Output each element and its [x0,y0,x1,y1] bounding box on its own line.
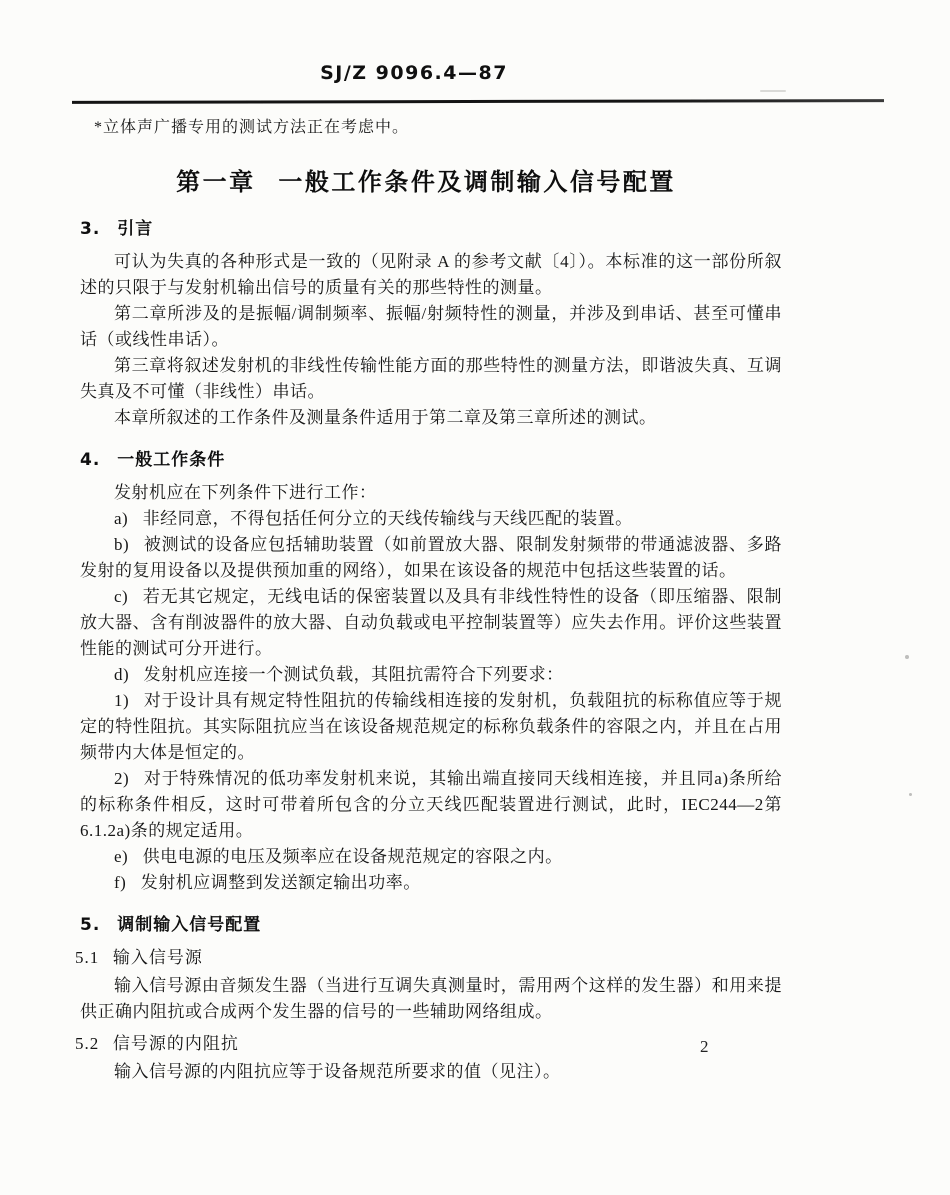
list-marker: b) [114,535,129,554]
list-item: 1)对于设计具有规定特性阻抗的传输线相连接的发射机，负载阻抗的标称值应等于规定的… [80,688,782,766]
subsection-heading: 5.2信号源的内阻抗 [75,1031,782,1057]
paragraph-text: 对于设计具有规定特性阻抗的传输线相连接的发射机，负载阻抗的标称值应等于规定的特性… [80,691,782,762]
chapter-name: 一般工作条件及调制输入信号配置 [278,168,676,196]
paragraph: 第三章将叙述发射机的非线性传输性能方面的那些特性的测量方法，即谐波失真、互调失真… [80,353,782,405]
list-item: a)非经同意，不得包括任何分立的天线传输线与天线匹配的装置。 [80,506,782,532]
chapter-title: 第一章一般工作条件及调制输入信号配置 [0,162,852,197]
scan-speck [909,793,912,796]
page-content: 3.引言 可认为失真的各种形式是一致的（见附录 A 的参考文献〔4〕）。本标准的… [80,216,782,1085]
section-general-conditions: 4.一般工作条件 发射机应在下列条件下进行工作： a)非经同意，不得包括任何分立… [80,447,782,896]
list-item: e)供电电源的电压及频率应在设备规范规定的容限之内。 [80,844,782,870]
paragraph-text: 对于特殊情况的低功率发射机来说，其输出端直接同天线相连接，并且同a)条所给的标称… [80,769,782,840]
section-modulation-input: 5.调制输入信号配置 5.1输入信号源 输入信号源由音频发生器（当进行互调失真测… [80,912,782,1085]
section-introduction: 3.引言 可认为失真的各种形式是一致的（见附录 A 的参考文献〔4〕）。本标准的… [80,216,782,431]
list-marker: e) [114,847,128,866]
paragraph-text: 被测试的设备应包括辅助装置（如前置放大器、限制发射频带的带通滤波器、多路发射的复… [80,535,782,580]
paragraph: 发射机应在下列条件下进行工作： [80,480,782,506]
list-item: d)发射机应连接一个测试负载，其阻抗需符合下列要求： [80,662,782,688]
subsection-title: 输入信号源 [113,948,203,967]
section-number: 4. [80,450,100,470]
paragraph-text: 本章所叙述的工作条件及测量条件适用于第二章及第三章所述的测试。 [114,408,657,427]
section-heading: 4.一般工作条件 [80,447,782,473]
list-marker: a) [114,509,128,528]
paragraph: 第二章所涉及的是振幅/调制频率、振幅/射频特性的测量，并涉及到串话、甚至可懂串话… [80,301,782,353]
scanned-page: SJ/Z 9096.4—87 *立体声广播专用的测试方法正在考虑中。 第一章一般… [0,0,950,1195]
scan-speck [905,655,909,659]
paragraph-text: 若无其它规定，无线电话的保密装置以及具有非线性特性的设备（即压缩器、限制放大器、… [80,587,782,658]
header-rule [72,99,884,104]
list-item: c)若无其它规定，无线电话的保密装置以及具有非线性特性的设备（即压缩器、限制放大… [80,584,782,662]
paragraph: 输入信号源由音频发生器（当进行互调失真测量时，需用两个这样的发生器）和用来提供正… [80,973,782,1025]
paragraph: 本章所叙述的工作条件及测量条件适用于第二章及第三章所述的测试。 [80,405,782,431]
subsection-title: 信号源的内阻抗 [113,1034,239,1053]
list-marker: 1) [114,691,129,710]
paragraph-text: 可认为失真的各种形式是一致的（见附录 A 的参考文献〔4〕）。本标准的这一部份所… [80,252,782,297]
footnote: *立体声广播专用的测试方法正在考虑中。 [94,114,409,137]
section-heading: 5.调制输入信号配置 [80,912,782,938]
page-number: 2 [700,1037,709,1057]
paragraph-text: 第二章所涉及的是振幅/调制频率、振幅/射频特性的测量，并涉及到串话、甚至可懂串话… [80,304,782,349]
scan-speck [760,90,786,92]
paragraph-text: 输入信号源由音频发生器（当进行互调失真测量时，需用两个这样的发生器）和用来提供正… [80,976,782,1021]
section-title: 引言 [117,219,153,239]
paragraph: 输入信号源的内阻抗应等于设备规范所要求的值（见注）。 [80,1059,782,1085]
doc-code: SJ/Z 9096.4—87 [0,62,828,84]
section-heading: 3.引言 [80,216,782,242]
section-title: 一般工作条件 [117,450,225,470]
subsection-number: 5.2 [75,1034,99,1053]
section-number: 5. [80,915,100,935]
section-title: 调制输入信号配置 [117,915,261,935]
paragraph-text: 发射机应调整到发送额定输出功率。 [141,873,421,892]
paragraph-text: 发射机应在下列条件下进行工作： [114,483,377,502]
list-item: 2)对于特殊情况的低功率发射机来说，其输出端直接同天线相连接，并且同a)条所给的… [80,766,782,844]
paragraph-text: 非经同意，不得包括任何分立的天线传输线与天线匹配的装置。 [143,509,633,528]
subsection-number: 5.1 [75,948,99,967]
paragraph: 可认为失真的各种形式是一致的（见附录 A 的参考文献〔4〕）。本标准的这一部份所… [80,249,782,301]
paragraph-text: 供电电源的电压及频率应在设备规范规定的容限之内。 [143,847,563,866]
list-marker: f) [114,873,126,892]
paragraph-text: 第三章将叙述发射机的非线性传输性能方面的那些特性的测量方法，即谐波失真、互调失真… [80,356,782,401]
section-number: 3. [80,219,100,239]
list-item: b)被测试的设备应包括辅助装置（如前置放大器、限制发射频带的带通滤波器、多路发射… [80,532,782,584]
list-marker: d) [114,665,129,684]
paragraph-text: 发射机应连接一个测试负载，其阻抗需符合下列要求： [144,665,564,684]
list-item: f)发射机应调整到发送额定输出功率。 [80,870,782,896]
subsection-heading: 5.1输入信号源 [75,945,782,971]
list-marker: 2) [114,769,129,788]
paragraph-text: 输入信号源的内阻抗应等于设备规范所要求的值（见注）。 [114,1062,561,1081]
list-marker: c) [114,587,128,606]
chapter-label: 第一章 [176,168,256,196]
